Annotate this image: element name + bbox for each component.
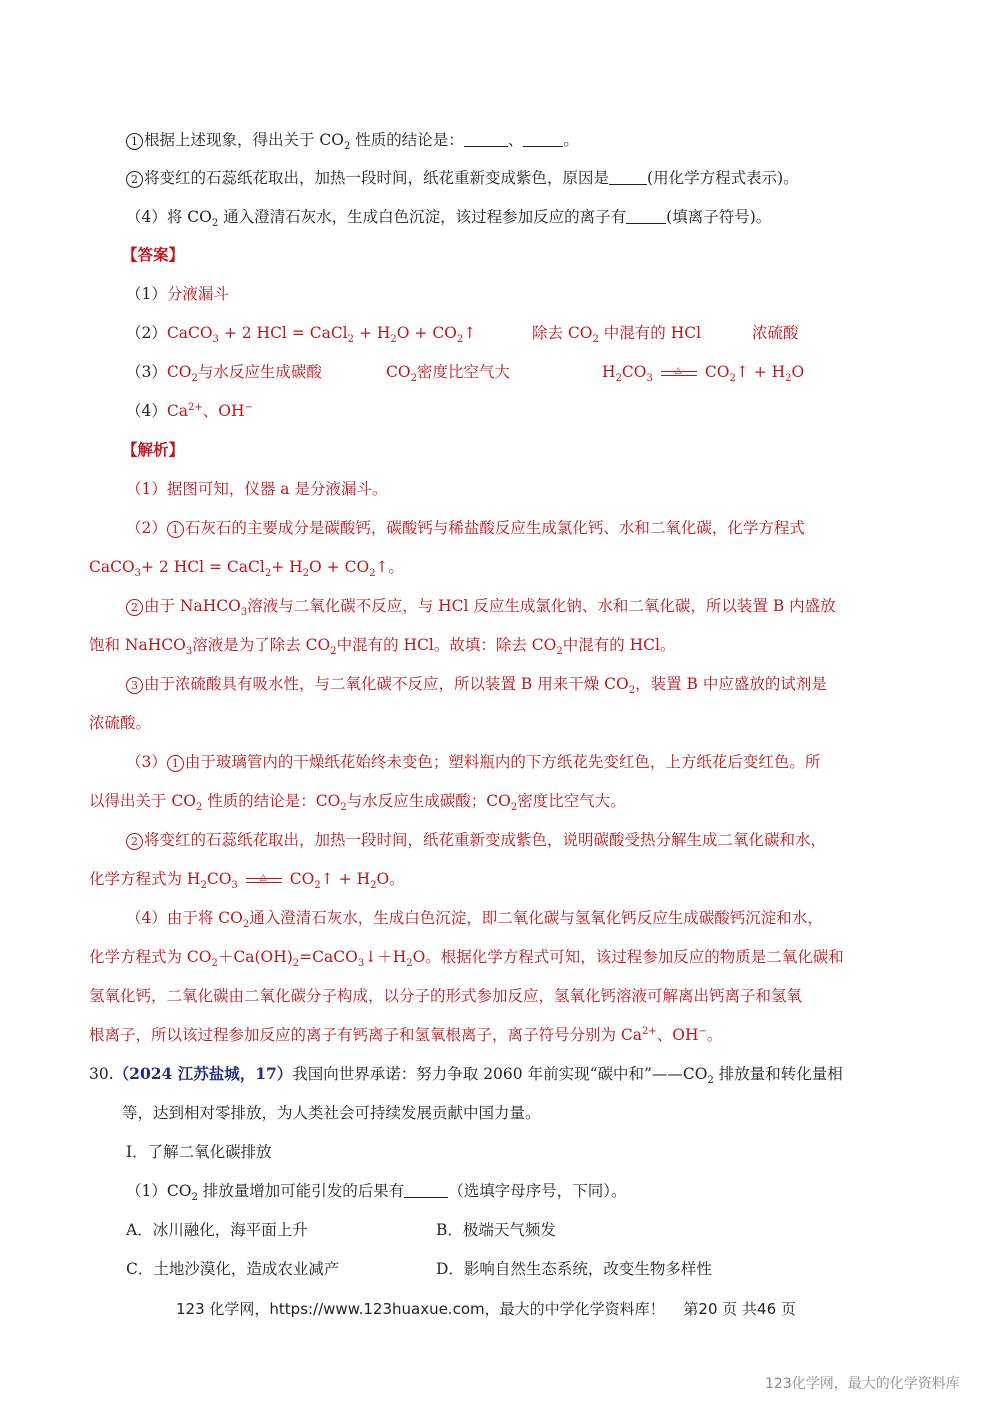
- analysis-2-1-equation: CaCO3+ 2 HCl = CaCl2+ H2O + CO2↑。: [89, 556, 404, 578]
- option-b: B．极端天气频发: [436, 1219, 556, 1241]
- question-3-1: 1根据上述现象，得出关于 CO2 性质的结论是：、。: [126, 129, 579, 151]
- analysis-2-2: 2由于 NaHCO3溶液与二氧化碳不反应，与 HCl 反应生成氯化钠、水和二氧化…: [126, 595, 836, 617]
- circled-number: 2: [126, 171, 143, 188]
- answer-3-part2: CO2密度比空气大: [386, 361, 510, 383]
- analysis-4-1: （4）由于将 CO2通入澄清石灰水，生成白色沉淀，即二氧化碳与氢氧化钙反应生成碳…: [126, 907, 823, 929]
- analysis-3-2-equation: 化学方程式为 H2CO3△CO2↑ + H2O。: [89, 868, 405, 890]
- option-c: C．土地沙漠化，造成农业减产: [126, 1258, 339, 1280]
- answer-1: （1）分液漏斗: [126, 283, 229, 305]
- section-heading-1: I．了解二氧化碳排放: [126, 1141, 272, 1163]
- answer-blank: [523, 132, 563, 147]
- answer-heading: 【答案】: [122, 244, 184, 266]
- page-number: 第20 页 共46 页: [683, 1300, 795, 1318]
- answer-2: （2）CaCO3 + 2 HCl = CaCl2 + H2O + CO2↑ 除去…: [126, 322, 846, 344]
- analysis-3-2: 2将变红的石蕊纸花取出，加热一段时间，纸花重新变成紫色，说明碳酸受热分解生成二氧…: [126, 829, 826, 851]
- analysis-heading: 【解析】: [122, 439, 184, 461]
- question-30: 30.（2024 江苏盐城，17）我国向世界承诺：努力争取 2060 年前实现“…: [89, 1063, 843, 1085]
- answer-4: （4）Ca2+、OH−: [126, 400, 253, 422]
- answer-2-part2: 除去 CO2 中混有的 HCl: [532, 322, 701, 344]
- watermark: 123化学网，最大的化学资料库: [765, 1373, 960, 1395]
- analysis-2-3: 3由于浓硫酸具有吸水性，与二氧化碳不反应，所以装置 B 用来干燥 CO2，装置 …: [126, 673, 827, 695]
- page-footer: 123 化学网，https://www.123huaxue.com，最大的中学化…: [176, 1298, 796, 1320]
- circled-number: 1: [126, 133, 143, 150]
- question-30-cont: 等，达到相对零排放，为人类社会可持续发展贡献中国力量。: [122, 1102, 541, 1124]
- heat-condition-symbol: △: [659, 363, 699, 379]
- answer-blank: [464, 132, 508, 147]
- question-source: （2024 江苏盐城，17）: [114, 1064, 293, 1083]
- answer-blank: [404, 1183, 448, 1198]
- answer-3: （3）CO2与水反应生成碳酸 CO2密度比空气大 H2CO3△CO2↑ + H2…: [126, 361, 846, 383]
- option-d: D．影响自然生态系统，改变生物多样性: [436, 1258, 712, 1280]
- analysis-2-2-cont: 饱和 NaHCO3溶液是为了除去 CO2中混有的 HCl。故填：除去 CO2中混…: [89, 634, 675, 656]
- analysis-4-2: 化学方程式为 CO2＋Ca(OH)2=CaCO3↓＋H2O。根据化学方程式可知，…: [89, 946, 844, 968]
- option-a: A．冰川融化，海平面上升: [126, 1219, 308, 1241]
- question-30-1: （1）CO2 排放量增加可能引发的后果有（选填字母序号，下同）。: [126, 1180, 627, 1202]
- analysis-2-3-cont: 浓硫酸。: [89, 712, 151, 734]
- analysis-4-4: 根离子，所以该过程参加反应的离子有钙离子和氢氧根离子，离子符号分别为 Ca2+、…: [89, 1024, 722, 1046]
- footer-site-text: 123 化学网，https://www.123huaxue.com，最大的中学化…: [176, 1300, 665, 1318]
- answer-2-part3: 浓硫酸: [752, 322, 799, 344]
- analysis-1: （1）据图可知，仪器 a 是分液漏斗。: [126, 478, 387, 500]
- analysis-2-1: （2）1石灰石的主要成分是碳酸钙，碳酸钙与稀盐酸反应生成氯化钙、水和二氧化碳，化…: [126, 517, 805, 539]
- question-4: （4）将 CO2 通入澄清石灰水，生成白色沉淀，该过程参加反应的离子有(填离子符…: [126, 206, 771, 228]
- question-3-2: 2将变红的石蕊纸花取出，加热一段时间，纸花重新变成紫色，原因是(用化学方程式表示…: [126, 167, 799, 189]
- answer-blank: [609, 170, 647, 185]
- analysis-3-1-cont: 以得出关于 CO2 性质的结论是：CO2与水反应生成碳酸；CO2密度比空气大。: [89, 790, 626, 812]
- question-number: 30.: [89, 1065, 114, 1083]
- analysis-3-1: （3）1由于玻璃管内的干燥纸花始终未变色；塑料瓶内的下方纸花先变红色，上方纸花后…: [126, 751, 820, 773]
- analysis-4-3: 氢氧化钙，二氧化碳由二氧化碳分子构成，以分子的形式参加反应，氢氧化钙溶液可解离出…: [89, 985, 802, 1007]
- answer-blank: [626, 209, 666, 224]
- heat-condition-symbol: △: [244, 870, 284, 886]
- answer-3-equation: H2CO3△CO2↑ + H2O: [602, 361, 804, 383]
